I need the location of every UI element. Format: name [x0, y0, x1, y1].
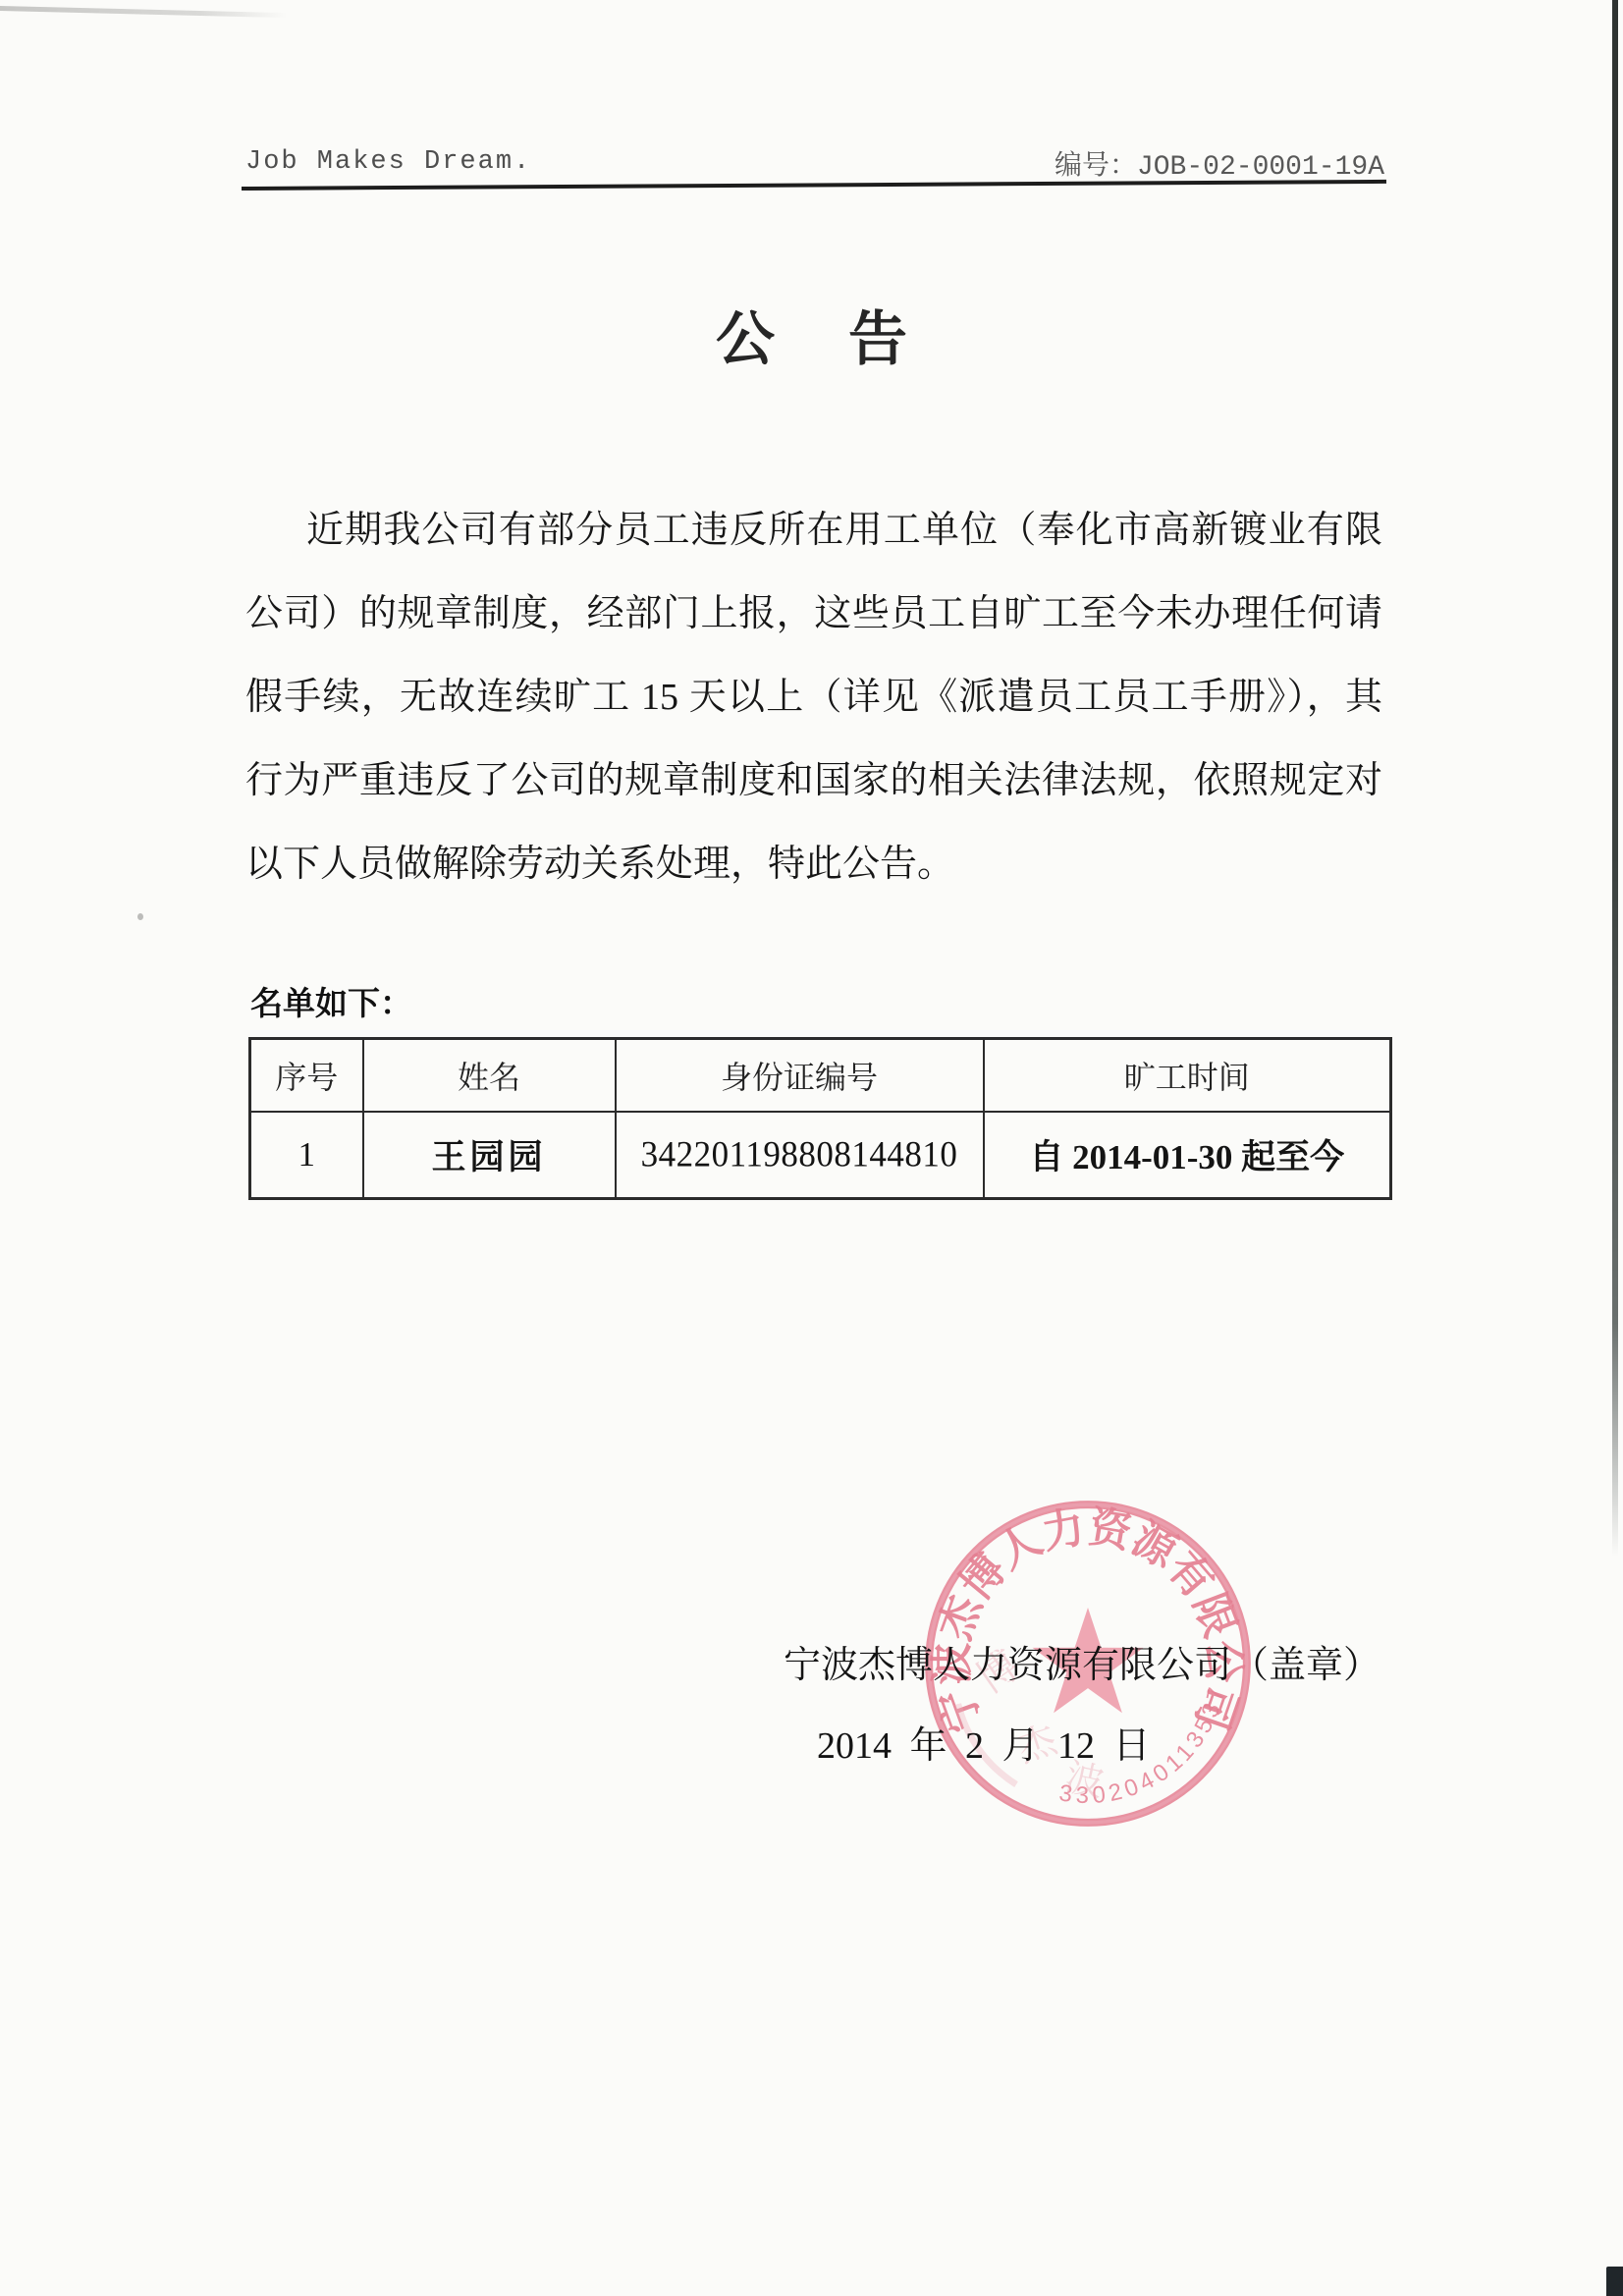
document-title: 公 告	[0, 293, 1623, 377]
body-line: 近期我公司有部分员工违反所在用工单位（奉化市高新镀业有限	[245, 489, 1382, 573]
signature-company: 宁波杰博人力资源有限公司（盖章）	[784, 1634, 1380, 1688]
scan-artifact-dot	[137, 913, 143, 920]
doc-number-value: JOB-02-0001-19A	[1137, 152, 1384, 183]
scan-artifact-corner-mark	[1606, 2267, 1623, 2296]
table-header-row: 序号 姓名 身份证编号 旷工时间	[250, 1039, 1391, 1113]
scanned-notice-page: Job Makes Dream. 编号：JOB-02-0001-19A 公 告 …	[0, 0, 1623, 2296]
cell-absence-period: 自 2014-01-30 起至今	[984, 1112, 1391, 1199]
body-line: 以下人员做解除劳动关系处理，特此公告。	[245, 823, 1382, 906]
doc-number-label: 编号：	[1055, 152, 1137, 183]
signature-date: 2014 年 2 月 12 日	[817, 1715, 1151, 1769]
header-slogan: Job Makes Dream.	[245, 147, 531, 177]
col-header-id-number: 身份证编号	[616, 1039, 984, 1113]
col-header-absence-period: 旷工时间	[984, 1039, 1391, 1113]
list-label: 名单如下：	[250, 978, 412, 1024]
header-rule	[242, 180, 1386, 191]
body-line: 假手续，无故连续旷工 15 天以上（详见《派遣员工员工手册》），其	[245, 656, 1382, 739]
cell-id-number: 342201198808144810	[616, 1110, 984, 1201]
body-line: 公司）的规章制度，经部门上报，这些员工自旷工至今未办理任何请	[245, 573, 1382, 656]
header-doc-number: 编号：JOB-02-0001-19A	[1055, 143, 1384, 183]
scan-artifact-top-line	[0, 6, 287, 18]
dismissed-employees-table: 序号 姓名 身份证编号 旷工时间 1 王园园 34220119880814481…	[248, 1037, 1392, 1200]
scan-artifact-right-edge	[1612, 0, 1618, 1557]
col-header-no: 序号	[250, 1039, 363, 1113]
notice-body: 近期我公司有部分员工违反所在用工单位（奉化市高新镀业有限 公司）的规章制度，经部…	[245, 489, 1382, 906]
table-row: 1 王园园 342201198808144810 自 2014-01-30 起至…	[250, 1112, 1391, 1199]
cell-name: 王园园	[363, 1112, 616, 1199]
body-line: 行为严重违反了公司的规章制度和国家的相关法律法规，依照规定对	[245, 739, 1382, 823]
cell-no: 1	[250, 1112, 363, 1199]
col-header-name: 姓名	[363, 1039, 616, 1113]
